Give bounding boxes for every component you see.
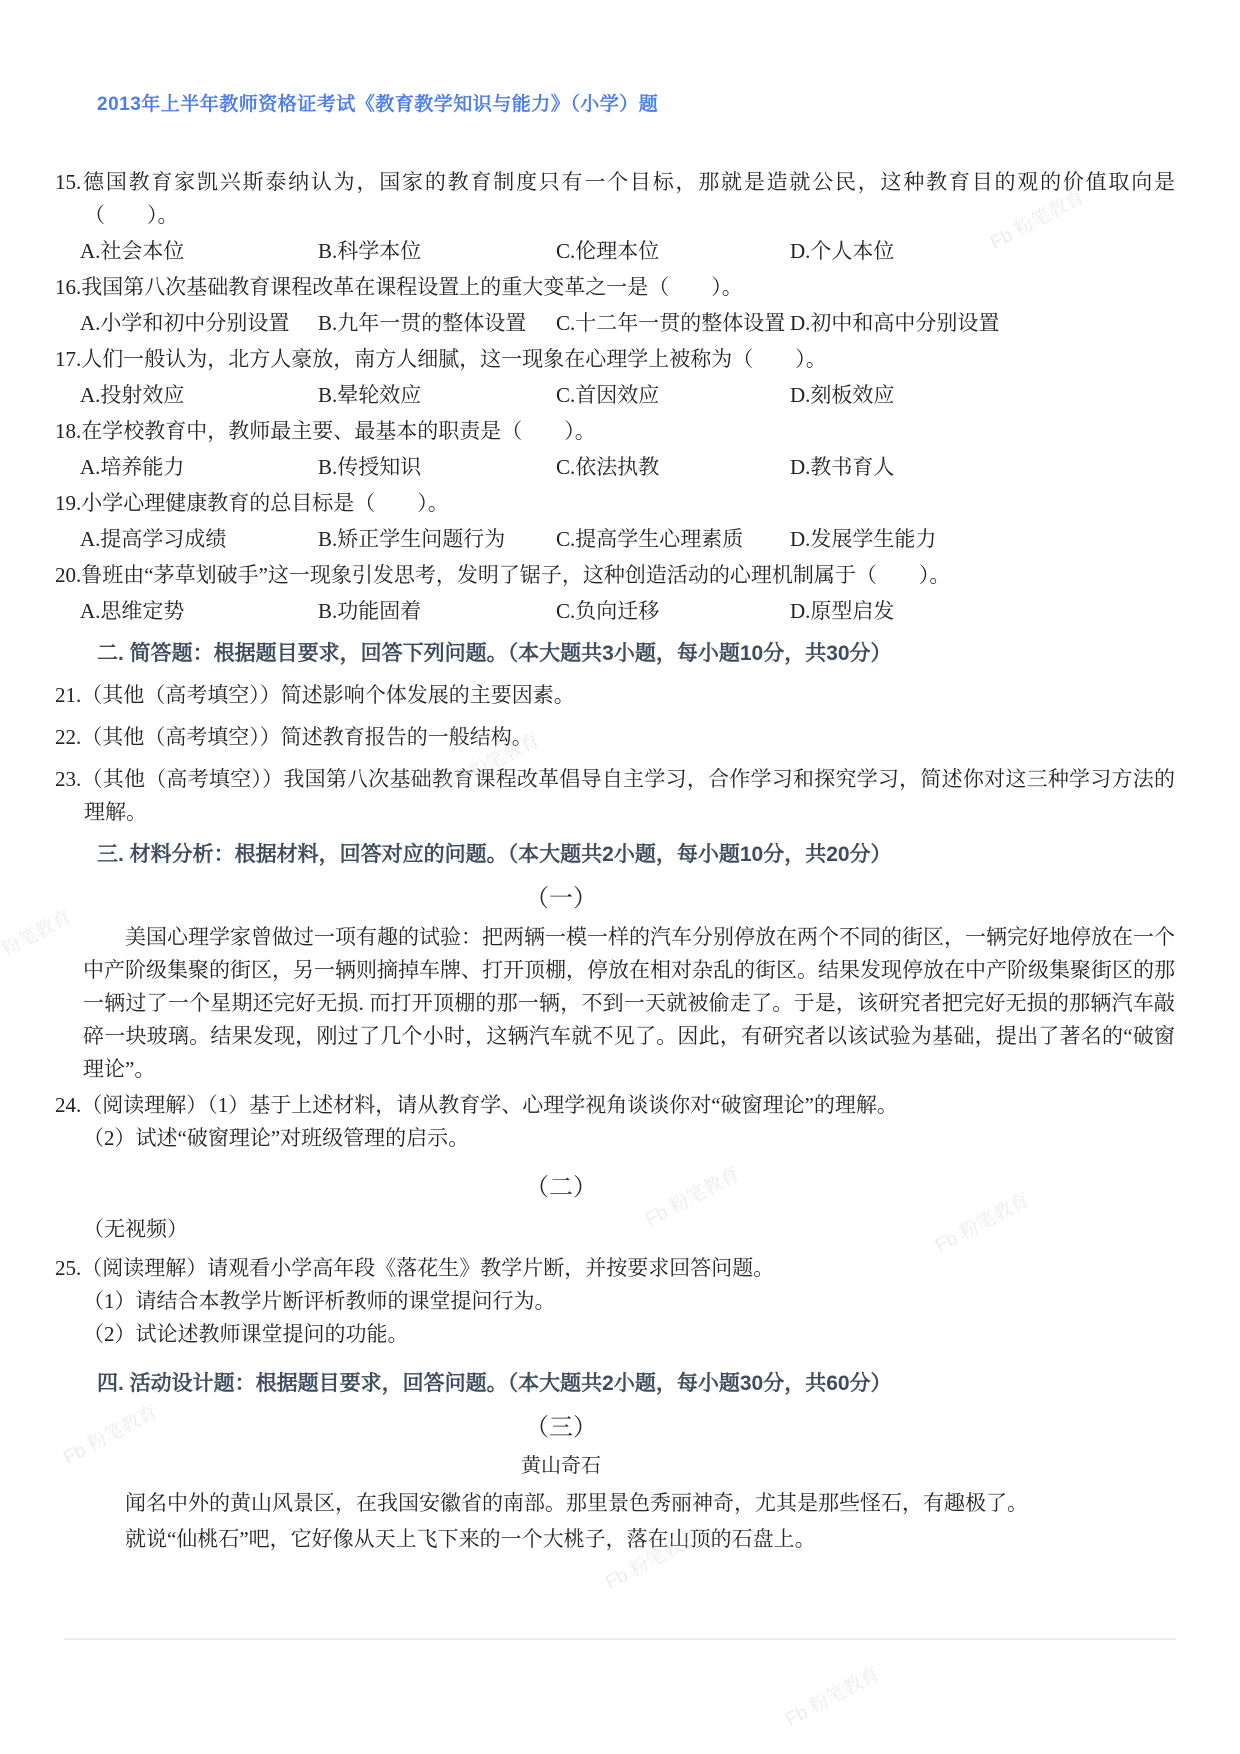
exam-page: Fb 粉笔教育 Fb 粉笔教育 Fb 粉笔教育 Fb 粉笔教育 Fb 粉笔教育 … <box>0 0 1240 1754</box>
question-text: 人们一般认为，北方人豪放，南方人细腻，这一现象在心理学上被称为 <box>81 347 732 371</box>
material-2-marker: （二） <box>55 1169 1067 1207</box>
answer-blank: （ ）。 <box>648 275 743 299</box>
question-15-options: A.社会本位 B.科学本位 C.伦理本位 D.个人本位 <box>80 235 1175 268</box>
question-number: 18. <box>55 419 81 443</box>
question-text: 我国第八次基础教育课程改革在课程设置上的重大变革之一是 <box>81 275 648 299</box>
option-c: C.伦理本位 <box>556 235 790 268</box>
option-b: B.传授知识 <box>318 451 556 484</box>
activity-design-section: 四. 活动设计题：根据题目要求，回答问题。（本大题共2小题，每小题30分，共60… <box>55 1367 1175 1556</box>
question-22: 22.（其他（高考填空））简述教育报告的一般结构。 <box>55 721 1175 754</box>
no-video-note: （无视频） <box>83 1213 1175 1246</box>
question-19-stem: 19.小学心理健康教育的总目标是（ ）。 <box>55 487 1175 520</box>
question-text: 德国教育家凯兴斯泰纳认为，国家的教育制度只有一个目标，那就是造就公民，这种教育目… <box>81 170 1175 194</box>
answer-blank: （ ）。 <box>501 419 596 443</box>
question-24-sub-2: （2）试述“破窗理论”对班级管理的启示。 <box>83 1122 1175 1155</box>
option-c: C.负向迁移 <box>556 595 790 628</box>
option-c: C.首因效应 <box>556 379 790 412</box>
question-number: 16. <box>55 275 81 299</box>
material-3-marker: （三） <box>55 1409 1067 1447</box>
option-a: A.小学和初中分别设置 <box>80 307 318 340</box>
page-title: 2013年上半年教师资格证考试《教育教学知识与能力》（小学）题 <box>0 0 1240 117</box>
option-d: D.教书育人 <box>790 451 1175 484</box>
exam-content: 15.德国教育家凯兴斯泰纳认为，国家的教育制度只有一个目标，那就是造就公民，这种… <box>0 117 1240 1556</box>
option-b: B.矫正学生问题行为 <box>318 523 556 556</box>
question-text: 在学校教育中，教师最主要、最基本的职责是 <box>81 419 501 443</box>
option-a: A.社会本位 <box>80 235 318 268</box>
option-a: A.培养能力 <box>80 451 318 484</box>
option-a: A.提高学习成绩 <box>80 523 318 556</box>
question-number: 20. <box>55 563 81 587</box>
section-4-heading: 四. 活动设计题：根据题目要求，回答问题。（本大题共2小题，每小题30分，共60… <box>97 1367 1175 1400</box>
option-c: C.提高学生心理素质 <box>556 523 790 556</box>
mcq-section: 15.德国教育家凯兴斯泰纳认为，国家的教育制度只有一个目标，那就是造就公民，这种… <box>55 166 1175 628</box>
question-18-stem: 18.在学校教育中，教师最主要、最基本的职责是（ ）。 <box>55 415 1175 448</box>
question-text: 鲁班由“茅草划破手”这一现象引发思考，发明了锯子，这种创造活动的心理机制属于 <box>81 563 856 587</box>
option-b: B.科学本位 <box>318 235 556 268</box>
question-17-stem: 17.人们一般认为，北方人豪放，南方人细腻，这一现象在心理学上被称为（ ）。 <box>55 343 1175 376</box>
essay-paragraph-1: 闻名中外的黄山风景区，在我国安徽省的南部。那里景色秀丽神奇，尤其是那些怪石，有趣… <box>83 1487 1175 1520</box>
question-25: 25.（阅读理解）请观看小学高年段《落花生》教学片断，并按要求回答问题。 <box>55 1252 1175 1285</box>
option-c: C.依法执教 <box>556 451 790 484</box>
essay-paragraph-2: 就说“仙桃石”吧，它好像从天上飞下来的一个大桃子，落在山顶的石盘上。 <box>83 1523 1175 1556</box>
question-23: 23.（其他（高考填空））我国第八次基础教育课程改革倡导自主学习，合作学习和探究… <box>55 763 1175 829</box>
divider <box>64 1638 1176 1640</box>
material-1-text: 美国心理学家曾做过一项有趣的试验：把两辆一模一样的汽车分别停放在两个不同的街区，… <box>83 921 1175 1086</box>
question-number: 17. <box>55 347 81 371</box>
question-24: 24.（阅读理解）（1）基于上述材料，请从教育学、心理学视角谈谈你对“破窗理论”… <box>55 1089 1175 1122</box>
question-25-sub-2: （2）试论述教师课堂提问的功能。 <box>83 1318 1175 1351</box>
essay-title: 黄山奇石 <box>55 1448 1067 1484</box>
option-b: B.晕轮效应 <box>318 379 556 412</box>
option-d: D.初中和高中分别设置 <box>790 307 1175 340</box>
question-20-stem: 20.鲁班由“茅草划破手”这一现象引发思考，发明了锯子，这种创造活动的心理机制属… <box>55 559 1175 592</box>
option-d: D.原型启发 <box>790 595 1175 628</box>
material-analysis-section: 三. 材料分析：根据材料，回答对应的问题。（本大题共2小题，每小题10分，共20… <box>55 838 1175 1351</box>
question-text: 小学心理健康教育的总目标是 <box>81 491 354 515</box>
question-17-options: A.投射效应 B.晕轮效应 C.首因效应 D.刻板效应 <box>80 379 1175 412</box>
question-number: 19. <box>55 491 81 515</box>
option-d: D.发展学生能力 <box>790 523 1175 556</box>
answer-blank: （ ）。 <box>84 203 179 227</box>
option-a: A.投射效应 <box>80 379 318 412</box>
short-answer-section: 二. 简答题：根据题目要求，回答下列问题。（本大题共3小题，每小题10分，共30… <box>55 637 1175 829</box>
option-b: B.功能固着 <box>318 595 556 628</box>
question-15-stem: 15.德国教育家凯兴斯泰纳认为，国家的教育制度只有一个目标，那就是造就公民，这种… <box>55 166 1175 232</box>
answer-blank: （ ）。 <box>732 347 827 371</box>
question-25-sub-1: （1）请结合本教学片断评析教师的课堂提问行为。 <box>83 1285 1175 1318</box>
watermark: Fb 粉笔教育 <box>780 1659 884 1731</box>
question-19-options: A.提高学习成绩 B.矫正学生问题行为 C.提高学生心理素质 D.发展学生能力 <box>80 523 1175 556</box>
question-16-options: A.小学和初中分别设置 B.九年一贯的整体设置 C.十二年一贯的整体设置 D.初… <box>80 307 1175 340</box>
answer-blank: （ ）。 <box>354 491 449 515</box>
option-d: D.刻板效应 <box>790 379 1175 412</box>
question-18-options: A.培养能力 B.传授知识 C.依法执教 D.教书育人 <box>80 451 1175 484</box>
option-c: C.十二年一贯的整体设置 <box>556 307 790 340</box>
option-b: B.九年一贯的整体设置 <box>318 307 556 340</box>
material-1-marker: （一） <box>55 880 1067 918</box>
question-21: 21.（其他（高考填空））简述影响个体发展的主要因素。 <box>55 679 1175 712</box>
question-20-options: A.思维定势 B.功能固着 C.负向迁移 D.原型启发 <box>80 595 1175 628</box>
section-2-heading: 二. 简答题：根据题目要求，回答下列问题。（本大题共3小题，每小题10分，共30… <box>97 637 1175 670</box>
option-a: A.思维定势 <box>80 595 318 628</box>
section-3-heading: 三. 材料分析：根据材料，回答对应的问题。（本大题共2小题，每小题10分，共20… <box>97 838 1175 871</box>
answer-blank: （ ）。 <box>856 563 951 587</box>
option-d: D.个人本位 <box>790 235 1175 268</box>
question-16-stem: 16.我国第八次基础教育课程改革在课程设置上的重大变革之一是（ ）。 <box>55 271 1175 304</box>
question-number: 15. <box>55 170 81 194</box>
